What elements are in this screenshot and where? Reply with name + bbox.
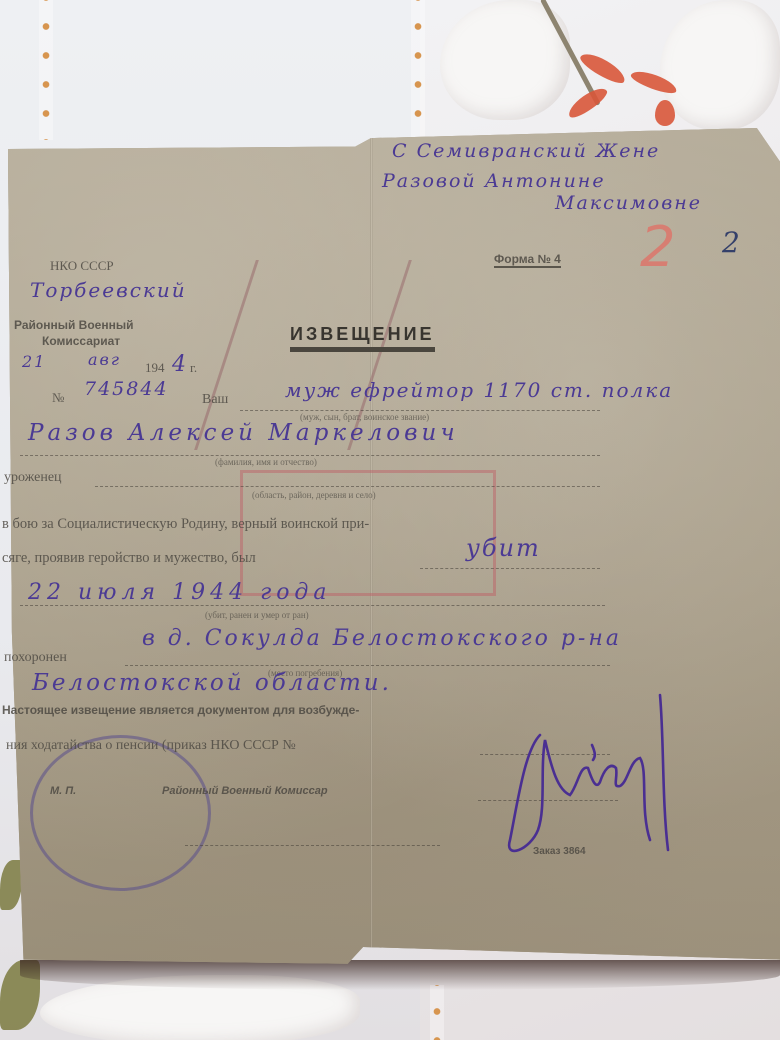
relation-value: муж ефрейтор 1170 ст. полка [285, 378, 673, 402]
issuer-org: НКО СССР [50, 258, 114, 274]
page-number: 2 [722, 226, 740, 259]
issue-year-handwritten: 4 [172, 352, 186, 377]
issue-number-label: № [52, 390, 64, 406]
issuer-office-line-1: Районный Военный [14, 318, 133, 332]
body-line-2: сяге, проявив геройство и мужество, был [2, 550, 256, 567]
burial-place-line-2: Белостокской области. [32, 670, 392, 696]
red-stamp [240, 470, 496, 596]
decorative-dot-strip [430, 985, 444, 1040]
form-label: Форма № 4 [494, 252, 561, 268]
issue-day: 21 [22, 352, 46, 371]
native-caption: (область, район, деревня и село) [252, 490, 376, 500]
native-label: уроженец [4, 470, 62, 486]
issue-month: авг [88, 350, 121, 369]
decorative-dot-strip [39, 0, 53, 140]
field-line [185, 845, 440, 846]
date-caption: (убит, ранен и умер от ран) [205, 610, 309, 620]
recipient-line-3: Максимовне [555, 192, 702, 214]
burial-place-line-1: в д. Сокулда Белостокского р-на [142, 626, 622, 651]
decorative-dot-strip [411, 0, 425, 140]
footer-line-1: Настоящее извещение является документом … [2, 703, 359, 717]
field-line [20, 455, 600, 456]
issuer-office-line-2: Комиссариат [42, 334, 120, 348]
issue-year-printed: 194 [145, 360, 165, 376]
stamp-place-label: М. П. [50, 785, 76, 797]
signature [500, 690, 690, 860]
death-date: 22 июля 1944 года [28, 580, 332, 605]
red-pencil-mark: 2 [640, 215, 676, 280]
issue-number: 745844 [84, 378, 169, 400]
commissar-label: Районный Военный Комиссар [162, 785, 328, 797]
flower-stamen [655, 100, 675, 126]
relation-label: Ваш [202, 392, 228, 408]
body-line-1: в бою за Социалистическую Родину, верный… [2, 516, 369, 533]
soldier-name: Разов Алексей Маркелович [28, 420, 459, 446]
round-official-stamp [30, 735, 211, 891]
document-title: ИЗВЕЩЕНИЕ [290, 324, 435, 352]
field-line [95, 486, 600, 487]
burial-label: похоронен [4, 650, 67, 666]
field-line [420, 568, 600, 569]
issue-year-suffix: г. [190, 360, 197, 376]
recipient-line-1: С Семивранский Жене [392, 140, 660, 162]
field-line [20, 605, 605, 606]
footer-line-2: ния ходатайства о пенсии (приказ НКО ССС… [6, 738, 296, 754]
issuer-district: Торбеевский [30, 278, 187, 302]
paper-shadow [20, 960, 780, 990]
field-line [125, 665, 610, 666]
name-caption: (фамилия, имя и отчество) [215, 457, 317, 467]
recipient-line-2: Разовой Антонине [382, 170, 606, 192]
status-value: убит [466, 534, 541, 562]
field-line [240, 410, 600, 411]
